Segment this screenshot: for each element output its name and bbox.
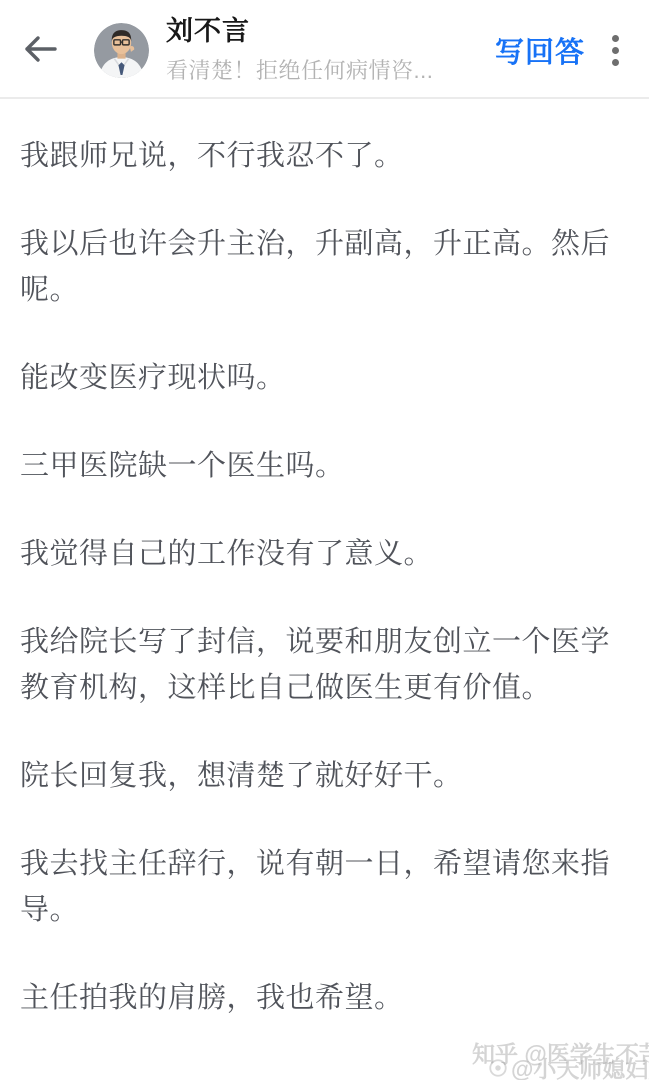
answer-paragraph: 我去找主任辞行，说有朝一日，希望请您来指导。 <box>20 841 631 933</box>
author-info[interactable]: 刘不言 看清楚！拒绝任何病情咨... <box>166 16 495 85</box>
author-name: 刘不言 <box>166 16 495 47</box>
answer-paragraph: 三甲医院缺一个医生吗。 <box>20 443 631 489</box>
back-button[interactable] <box>22 35 58 67</box>
answer-paragraph: 院长回复我，想清楚了就好好干。 <box>20 753 631 799</box>
answer-paragraph: 我给院长写了封信，说要和朋友创立一个医学教育机构，这样比自己做医生更有价值。 <box>20 619 631 711</box>
answer-paragraph: 我以后也许会升主治，升副高，升正高。然后呢。 <box>20 221 631 313</box>
weibo-eye-icon <box>488 1058 508 1078</box>
answer-paragraph: 主任拍我的肩膀，我也希望。 <box>20 975 631 1021</box>
weibo-watermark: @小天师媳妇儿 <box>488 1051 649 1080</box>
author-bio: 看清楚！拒绝任何病情咨... <box>166 54 495 85</box>
kebab-menu-icon <box>612 35 619 66</box>
answer-paragraph: 我跟师兄说，不行我忍不了。 <box>20 133 631 179</box>
top-bar: 刘不言 看清楚！拒绝任何病情咨... 写回答 <box>0 0 649 99</box>
answer-content: 我跟师兄说，不行我忍不了。 我以后也许会升主治，升副高，升正高。然后呢。 能改变… <box>0 99 649 1021</box>
zhihu-answer-screen: 刘不言 看清楚！拒绝任何病情咨... 写回答 我跟师兄说，不行我忍不了。 我以后… <box>0 0 649 1080</box>
back-arrow-icon <box>22 33 58 68</box>
write-answer-button[interactable]: 写回答 <box>495 30 585 71</box>
author-avatar[interactable] <box>94 23 149 78</box>
answer-paragraph: 我觉得自己的工作没有了意义。 <box>20 531 631 577</box>
more-options-button[interactable] <box>612 35 619 66</box>
doctor-avatar-image <box>94 23 149 78</box>
answer-paragraph: 能改变医疗现状吗。 <box>20 355 631 401</box>
weibo-watermark-text: @小天师媳妇儿 <box>511 1051 649 1080</box>
zhihu-watermark: 知乎 @医学生不苦 <box>472 1036 649 1069</box>
